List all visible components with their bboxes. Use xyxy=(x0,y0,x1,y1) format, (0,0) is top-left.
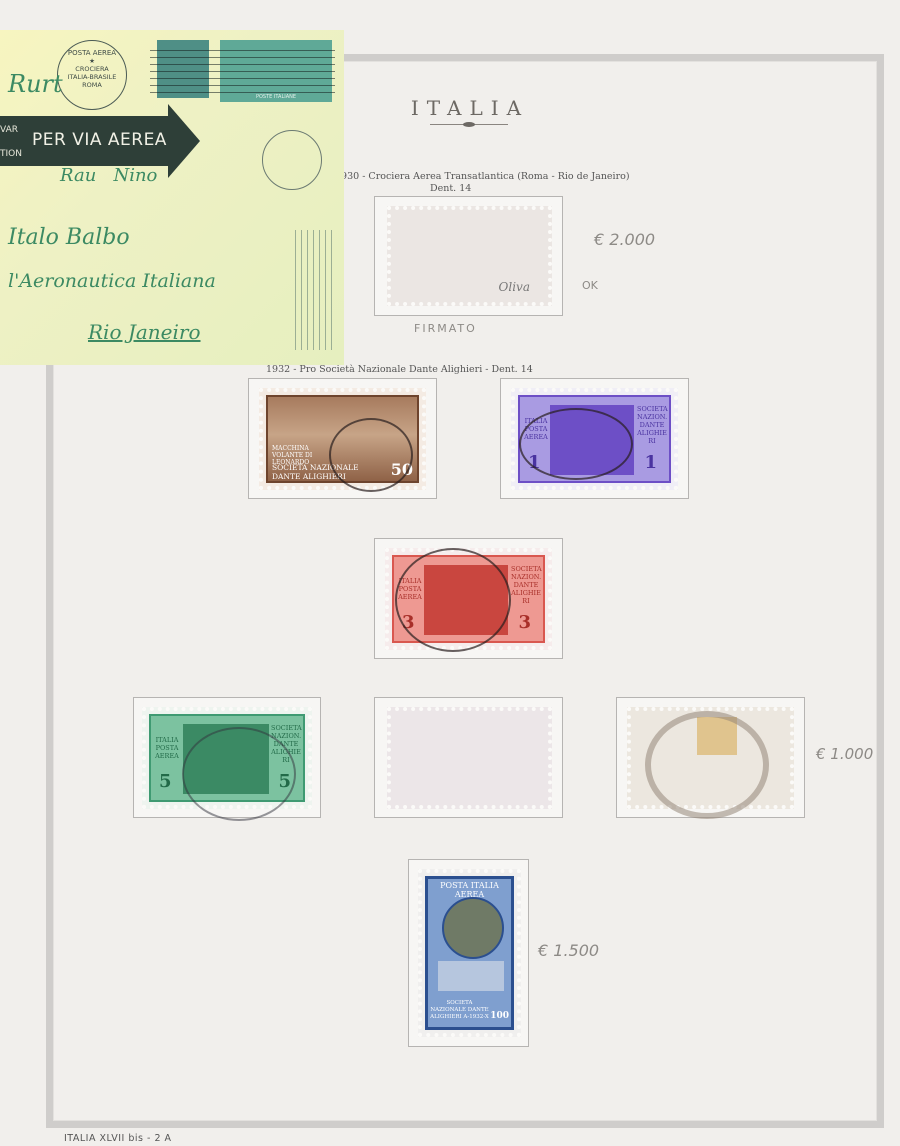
signature-balbo: Italo Balbo xyxy=(8,225,130,250)
stamp-text-right: SOCIETA NAZION. DANTE ALIGHIE RI xyxy=(511,565,541,605)
stamp-mount-50c[interactable]: MACCHINA VOLANTE DI LEONARDO SOCIETA NAZ… xyxy=(248,378,437,499)
stamp-blank-back xyxy=(387,707,552,809)
signature-scrawl: Rurt xyxy=(8,70,63,98)
stamp-mount-blank[interactable] xyxy=(374,697,563,818)
stamp-value-right: 3 xyxy=(518,612,531,633)
stamp-mount-1-lira[interactable]: ITALIA POSTA AEREA SOCIETA NAZION. DANTE… xyxy=(500,378,689,499)
wavy-cancel xyxy=(150,44,335,98)
stamp-design: POSTA ITALIA AEREA SOCIETA NAZIONALE DAN… xyxy=(425,876,514,1030)
stamp-1930-back: Oliva xyxy=(387,206,552,306)
stamp-mount-cancelled-back[interactable] xyxy=(616,697,805,818)
stamp-mount-1930[interactable]: Oliva xyxy=(374,196,563,316)
title-ornament xyxy=(430,124,508,125)
stamp-100-lire-blue: POSTA ITALIA AEREA SOCIETA NAZIONALE DAN… xyxy=(418,869,521,1037)
section-1930-dent: Dent. 14 xyxy=(430,183,471,194)
page-footer: ITALIA XLVII bis - 2 A xyxy=(64,1133,172,1144)
stamp-5-lire-green: ITALIA POSTA AEREA SOCIETA NAZION. DANTE… xyxy=(142,707,312,809)
arrow-left-bottom: TION xyxy=(0,149,22,159)
stamp-value: 100 xyxy=(490,1012,509,1021)
stamp-50c-brown: MACCHINA VOLANTE DI LEONARDO SOCIETA NAZ… xyxy=(259,388,426,490)
cancel-mark xyxy=(182,727,296,821)
quote-panel xyxy=(438,961,504,991)
cancel-mark xyxy=(395,548,511,652)
price-2000: € 2.000 xyxy=(594,230,655,249)
stamp-3-lire-red: ITALIA POSTA AEREA SOCIETA NAZION. DANTE… xyxy=(385,548,552,650)
airmail-cover: POSTA AEREA ★ CROCIERA ITALIA-BRASILE RO… xyxy=(0,30,344,365)
stamp-mount-3-lire[interactable]: ITALIA POSTA AEREA SOCIETA NAZION. DANTE… xyxy=(374,538,563,659)
cancel-mark xyxy=(645,711,769,819)
postmark-rio xyxy=(262,130,322,190)
stamp-mount-5-lire[interactable]: ITALIA POSTA AEREA SOCIETA NAZION. DANTE… xyxy=(133,697,321,818)
medallion-portrait xyxy=(442,897,504,959)
stamp-mount-100-lire[interactable]: POSTA ITALIA AEREA SOCIETA NAZIONALE DAN… xyxy=(408,859,529,1047)
machine-cancel xyxy=(290,230,336,350)
per-via-aerea-label: PER VIA AEREA xyxy=(32,130,167,150)
firmato-note: FIRMATO xyxy=(414,322,477,335)
price-1500: € 1.500 xyxy=(538,941,599,960)
stamp-value-right: 1 xyxy=(644,452,657,473)
stamp-1-lira-violet: ITALIA POSTA AEREA SOCIETA NAZION. DANTE… xyxy=(511,388,678,490)
arrow-left-top: VAR xyxy=(0,125,18,135)
cancel-mark xyxy=(329,418,413,492)
perforation xyxy=(387,707,552,809)
signature-scrawl-2: Rau Nino xyxy=(60,165,157,186)
signature-rio: Rio Janeiro xyxy=(88,320,201,344)
stamp-cancelled-back xyxy=(627,707,794,809)
signature-aeronautica: l'Aeronautica Italiana xyxy=(8,270,216,292)
page-title: ITALIA xyxy=(380,96,560,120)
section-1932-caption: 1932 - Pro Società Nazionale Dante Aligh… xyxy=(266,364,533,375)
stamp-value: 5 xyxy=(159,771,172,792)
price-1000: € 1.000 xyxy=(816,745,873,763)
stamp-text-left: ITALIA POSTA AEREA xyxy=(153,736,181,760)
postmark-crociera: POSTA AEREA ★ CROCIERA ITALIA-BRASILE RO… xyxy=(57,40,127,110)
ok-note: OK xyxy=(582,279,598,292)
signature-mark: Oliva xyxy=(499,280,530,294)
stamp-text-bottom: SOCIETA NAZIONALE DANTE ALIGHIERI A-1932… xyxy=(430,1000,489,1021)
cancel-mark xyxy=(519,408,633,480)
stamp-text-right: SOCIETA NAZION. DANTE ALIGHIE RI xyxy=(637,405,667,445)
section-1930-caption: 1930 - Crociera Aerea Transatlantica (Ro… xyxy=(335,171,630,182)
